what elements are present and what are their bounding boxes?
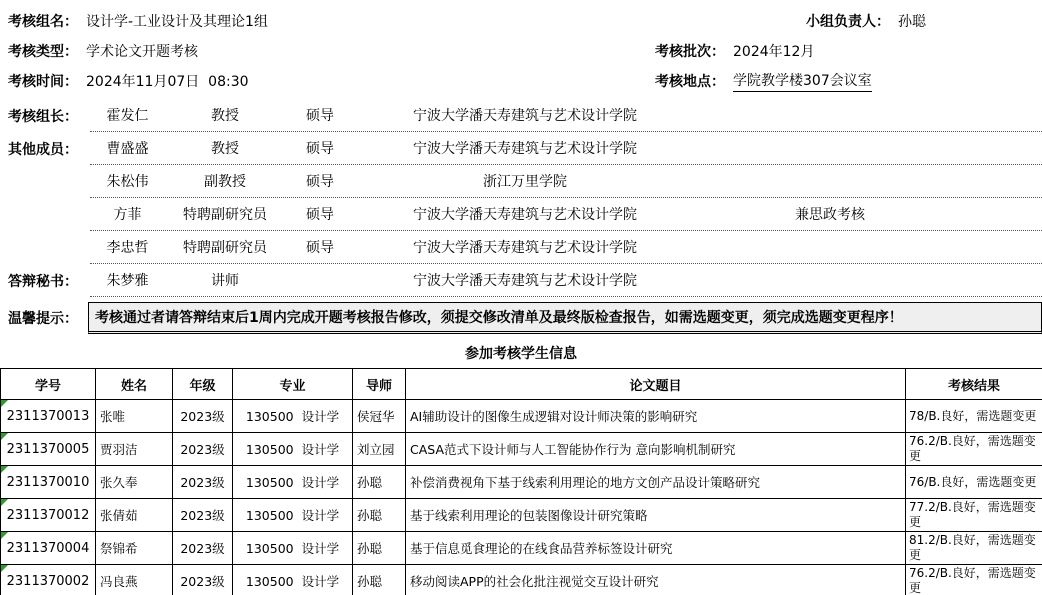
committee-row: 方菲 特聘副研究员 硕导 宁波大学潘天寿建筑与艺术设计学院 兼思政考核	[0, 198, 1042, 231]
assessment-type-value: 学术论文开题考核	[86, 41, 198, 61]
student-advisor-cell: 刘立园	[353, 433, 406, 466]
student-result-cell: 81.2/B.良好，需选题变更	[906, 532, 1042, 565]
student-result-cell: 78/B.良好，需选题变更	[906, 400, 1042, 433]
student-table-header-row: 学号 姓名 年级 专业 导师 论文题目 考核结果	[1, 369, 1042, 400]
student-advisor-cell: 孙聪	[353, 565, 406, 595]
assessment-sheet: 考核组名： 设计学-工业设计及其理论1组 小组负责人： 孙聪 考核类型： 学术论…	[0, 0, 1042, 595]
green-corner-marker-icon	[1, 532, 8, 539]
notice-label: 温馨提示：	[0, 302, 88, 334]
group-leader-value: 孙聪	[898, 11, 926, 31]
header-row-2: 考核类型： 学术论文开题考核 考核批次： 2024年12月	[0, 36, 1042, 66]
member-name: 曹盛盛	[90, 138, 165, 158]
student-name-cell: 张唯	[96, 400, 173, 433]
field-assessment-batch: 考核批次： 2024年12月	[655, 36, 814, 66]
group-name-value: 设计学-工业设计及其理论1组	[86, 11, 268, 31]
student-grade-cell: 2023级	[173, 532, 233, 565]
student-grade-cell: 2023级	[173, 400, 233, 433]
field-assessment-location: 考核地点： 学院教学楼307会议室	[655, 66, 872, 96]
student-major-cell: 130500 设计学	[233, 466, 353, 499]
student-major-cell: 130500 设计学	[233, 433, 353, 466]
col-header-result: 考核结果	[906, 369, 1042, 400]
student-result-cell: 76.2/B.良好，需选题变更	[906, 565, 1042, 595]
member-institution: 宁波大学潘天寿建筑与艺术设计学院	[355, 105, 695, 125]
student-row: 2311370005 贾羽洁 2023级 130500 设计学 刘立园 CASA…	[1, 433, 1042, 466]
committee-list: 考核组长： 霍发仁 教授 硕导 宁波大学潘天寿建筑与艺术设计学院 其他成员： 曹…	[0, 99, 1042, 297]
member-name: 霍发仁	[90, 105, 165, 125]
student-id-cell: 2311370005	[1, 433, 96, 466]
student-row: 2311370004 祭锦希 2023级 130500 设计学 孙聪 基于信息觅…	[1, 532, 1042, 565]
green-corner-marker-icon	[1, 400, 8, 407]
group-name-label: 考核组名：	[8, 11, 78, 31]
student-major-cell: 130500 设计学	[233, 532, 353, 565]
field-assessment-time: 考核时间： 2024年11月07日 08:30	[8, 66, 249, 96]
committee-role-label: 考核组长：	[0, 99, 90, 132]
col-header-advisor: 导师	[353, 369, 406, 400]
assessment-time-label: 考核时间：	[8, 71, 78, 91]
col-header-student-id: 学号	[1, 369, 96, 400]
member-title: 讲师	[165, 270, 285, 290]
member-institution: 宁波大学潘天寿建筑与艺术设计学院	[355, 138, 695, 158]
student-thesis-cell: 补偿消费视角下基于线索利用理论的地方文创产品设计策略研究	[406, 466, 906, 499]
committee-role-label: 答辩秘书：	[0, 264, 90, 297]
member-title: 特聘副研究员	[165, 204, 285, 224]
member-supervisor-type: 硕导	[285, 171, 355, 191]
student-row: 2311370002 冯良燕 2023级 130500 设计学 孙聪 移动阅读A…	[1, 565, 1042, 595]
student-table-title: 参加考核学生信息	[0, 343, 1042, 363]
committee-role-label	[0, 198, 90, 231]
assessment-time-value: 2024年11月07日 08:30	[86, 71, 249, 91]
student-row: 2311370013 张唯 2023级 130500 设计学 侯冠华 AI辅助设…	[1, 400, 1042, 433]
col-header-major: 专业	[233, 369, 353, 400]
member-institution: 宁波大学潘天寿建筑与艺术设计学院	[355, 237, 695, 257]
student-advisor-cell: 侯冠华	[353, 400, 406, 433]
committee-row: 其他成员： 曹盛盛 教授 硕导 宁波大学潘天寿建筑与艺术设计学院	[0, 132, 1042, 165]
student-name-cell: 张倩茹	[96, 499, 173, 532]
student-id-cell: 2311370002	[1, 565, 96, 595]
assessment-batch-value: 2024年12月	[733, 41, 814, 61]
field-assessment-type: 考核类型： 学术论文开题考核	[8, 36, 198, 66]
green-corner-marker-icon	[1, 466, 8, 473]
green-corner-marker-icon	[1, 433, 8, 440]
student-table: 学号 姓名 年级 专业 导师 论文题目 考核结果 2311370013 张唯 2…	[0, 368, 1042, 595]
green-corner-marker-icon	[1, 565, 8, 572]
student-name-cell: 贾羽洁	[96, 433, 173, 466]
notice-text: 考核通过者请答辩结束后1周内完成开题考核报告修改，须提交修改清单及最终版检查报告…	[88, 302, 1042, 334]
member-supervisor-type: 硕导	[285, 138, 355, 158]
student-row: 2311370012 张倩茹 2023级 130500 设计学 孙聪 基于线索利…	[1, 499, 1042, 532]
member-extra: 兼思政考核	[695, 204, 965, 224]
student-id-cell: 2311370012	[1, 499, 96, 532]
member-title: 教授	[165, 105, 285, 125]
member-title: 特聘副研究员	[165, 237, 285, 257]
assessment-location-value: 学院教学楼307会议室	[733, 70, 872, 92]
member-name: 朱松伟	[90, 171, 165, 191]
student-major-cell: 130500 设计学	[233, 565, 353, 595]
student-result-cell: 77.2/B.良好，需选题变更	[906, 499, 1042, 532]
committee-row: 李忠哲 特聘副研究员 硕导 宁波大学潘天寿建筑与艺术设计学院	[0, 231, 1042, 264]
committee-role-label	[0, 165, 90, 198]
notice-row: 温馨提示： 考核通过者请答辩结束后1周内完成开题考核报告修改，须提交修改清单及最…	[0, 302, 1042, 334]
student-grade-cell: 2023级	[173, 499, 233, 532]
student-grade-cell: 2023级	[173, 433, 233, 466]
student-thesis-cell: CASA范式下设计师与人工智能协作行为 意向影响机制研究	[406, 433, 906, 466]
assessment-location-label: 考核地点：	[655, 71, 725, 91]
member-name: 李忠哲	[90, 237, 165, 257]
member-title: 副教授	[165, 171, 285, 191]
header-row-3: 考核时间： 2024年11月07日 08:30 考核地点： 学院教学楼307会议…	[0, 66, 1042, 96]
student-result-cell: 76.2/B.良好，需选题变更	[906, 433, 1042, 466]
student-thesis-cell: AI辅助设计的图像生成逻辑对设计师决策的影响研究	[406, 400, 906, 433]
committee-row: 答辩秘书： 朱梦雅 讲师 宁波大学潘天寿建筑与艺术设计学院	[0, 264, 1042, 297]
field-group-leader: 小组负责人： 孙聪	[806, 6, 926, 36]
member-supervisor-type: 硕导	[285, 204, 355, 224]
green-corner-marker-icon	[1, 499, 8, 506]
header-row-1: 考核组名： 设计学-工业设计及其理论1组 小组负责人： 孙聪	[0, 6, 1042, 36]
student-advisor-cell: 孙聪	[353, 466, 406, 499]
col-header-thesis-title: 论文题目	[406, 369, 906, 400]
committee-role-label: 其他成员：	[0, 132, 90, 165]
student-major-cell: 130500 设计学	[233, 499, 353, 532]
student-grade-cell: 2023级	[173, 565, 233, 595]
member-institution: 浙江万里学院	[355, 171, 695, 191]
member-institution: 宁波大学潘天寿建筑与艺术设计学院	[355, 270, 695, 290]
member-institution: 宁波大学潘天寿建筑与艺术设计学院	[355, 204, 695, 224]
member-supervisor-type: 硕导	[285, 237, 355, 257]
group-leader-label: 小组负责人：	[806, 11, 890, 31]
student-name-cell: 冯良燕	[96, 565, 173, 595]
student-id-cell: 2311370010	[1, 466, 96, 499]
assessment-type-label: 考核类型：	[8, 41, 78, 61]
student-row: 2311370010 张久奉 2023级 130500 设计学 孙聪 补偿消费视…	[1, 466, 1042, 499]
student-advisor-cell: 孙聪	[353, 532, 406, 565]
student-id-cell: 2311370013	[1, 400, 96, 433]
col-header-grade: 年级	[173, 369, 233, 400]
student-name-cell: 张久奉	[96, 466, 173, 499]
student-thesis-cell: 基于线索利用理论的包装图像设计研究策略	[406, 499, 906, 532]
assessment-batch-label: 考核批次：	[655, 41, 725, 61]
committee-row: 朱松伟 副教授 硕导 浙江万里学院	[0, 165, 1042, 198]
committee-role-label	[0, 231, 90, 264]
student-advisor-cell: 孙聪	[353, 499, 406, 532]
student-name-cell: 祭锦希	[96, 532, 173, 565]
student-thesis-cell: 基于信息觅食理论的在线食品营养标签设计研究	[406, 532, 906, 565]
student-id-cell: 2311370004	[1, 532, 96, 565]
committee-row: 考核组长： 霍发仁 教授 硕导 宁波大学潘天寿建筑与艺术设计学院	[0, 99, 1042, 132]
student-thesis-cell: 移动阅读APP的社会化批注视觉交互设计研究	[406, 565, 906, 595]
col-header-name: 姓名	[96, 369, 173, 400]
field-group-name: 考核组名： 设计学-工业设计及其理论1组	[8, 6, 268, 36]
student-major-cell: 130500 设计学	[233, 400, 353, 433]
student-grade-cell: 2023级	[173, 466, 233, 499]
member-supervisor-type: 硕导	[285, 105, 355, 125]
member-name: 方菲	[90, 204, 165, 224]
member-name: 朱梦雅	[90, 270, 165, 290]
member-title: 教授	[165, 138, 285, 158]
header-info: 考核组名： 设计学-工业设计及其理论1组 小组负责人： 孙聪 考核类型： 学术论…	[0, 0, 1042, 96]
student-result-cell: 76/B.良好，需选题变更	[906, 466, 1042, 499]
